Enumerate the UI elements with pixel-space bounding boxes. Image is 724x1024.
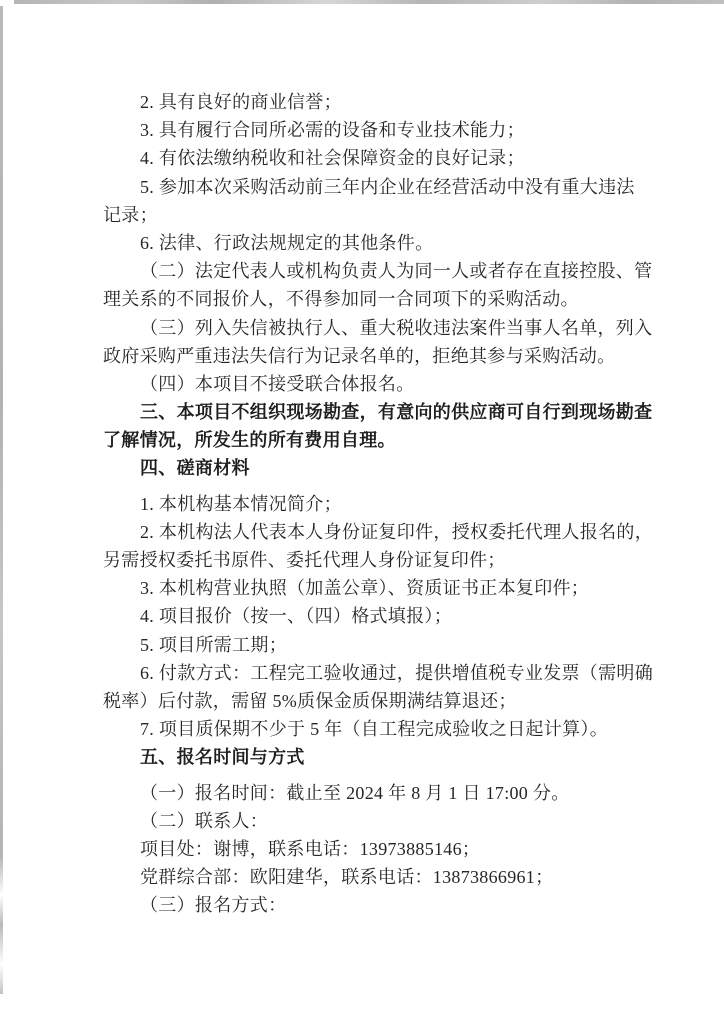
text-line: 2. 具有良好的商业信誉； [103,88,653,116]
text-line: 政府采购严重违法失信行为记录名单的，拒绝其参与采购活动。 [103,342,653,370]
text-line: （三）报名方式： [103,891,653,919]
text-line: 5. 项目所需工期； [103,631,653,659]
text-line: （二）法定代表人或机构负责人为同一人或者存在直接控股、管 [103,257,653,285]
text-line: 6. 付款方式：工程完工验收通过，提供增值税专业发票（需明确 [103,659,653,687]
text-line: 税率）后付款，需留 5%质保金质保期满结算退还； [103,687,653,715]
text-line: 2. 本机构法人代表本人身份证复印件，授权委托代理人报名的， [103,518,653,546]
text-line: 记录； [103,201,653,229]
text-line: 5. 参加本次采购活动前三年内企业在经营活动中没有重大违法 [103,173,653,201]
text-line: 理关系的不同报价人，不得参加同一合同项下的采购活动。 [103,285,653,313]
text-line: 3. 本机构营业执照（加盖公章）、资质证书正本复印件； [103,574,653,602]
document-body: 2. 具有良好的商业信誉； 3. 具有履行合同所必需的设备和专业技术能力； 4.… [103,88,653,919]
text-line: 项目处：谢博，联系电话：13973885146； [103,835,653,863]
text-line: 3. 具有履行合同所必需的设备和专业技术能力； [103,116,653,144]
text-line: 6. 法律、行政法规规定的其他条件。 [103,229,653,257]
text-line: （三）列入失信被执行人、重大税收违法案件当事人名单，列入 [103,314,653,342]
text-line: 党群综合部：欧阳建华，联系电话：13873866961； [103,863,653,891]
document-page: 2. 具有良好的商业信誉； 3. 具有履行合同所必需的设备和专业技术能力； 4.… [0,0,724,1024]
text-line: （一）报名时间：截止至 2024 年 8 月 1 日 17:00 分。 [103,779,653,807]
section-heading: 四、磋商材料 [103,454,653,482]
section-heading: 三、本项目不组织现场勘查，有意向的供应商可自行到现场勘查 [103,398,653,426]
text-line: 1. 本机构基本情况简介； [103,490,653,518]
text-line: （二）联系人： [103,807,653,835]
text-line: 另需授权委托书原件、委托代理人身份证复印件； [103,546,653,574]
scan-edge-left [0,6,3,994]
section-heading: 五、报名时间与方式 [103,743,653,771]
section-heading: 了解情况，所发生的所有费用自理。 [103,426,653,454]
text-line: 7. 项目质保期不少于 5 年（自工程完成验收之日起计算）。 [103,715,653,743]
text-line: 4. 项目报价（按一、（四）格式填报）； [103,602,653,630]
text-line: 4. 有依法缴纳税收和社会保障资金的良好记录； [103,144,653,172]
text-line: （四）本项目不接受联合体报名。 [103,370,653,398]
scan-edge-top [14,0,724,4]
